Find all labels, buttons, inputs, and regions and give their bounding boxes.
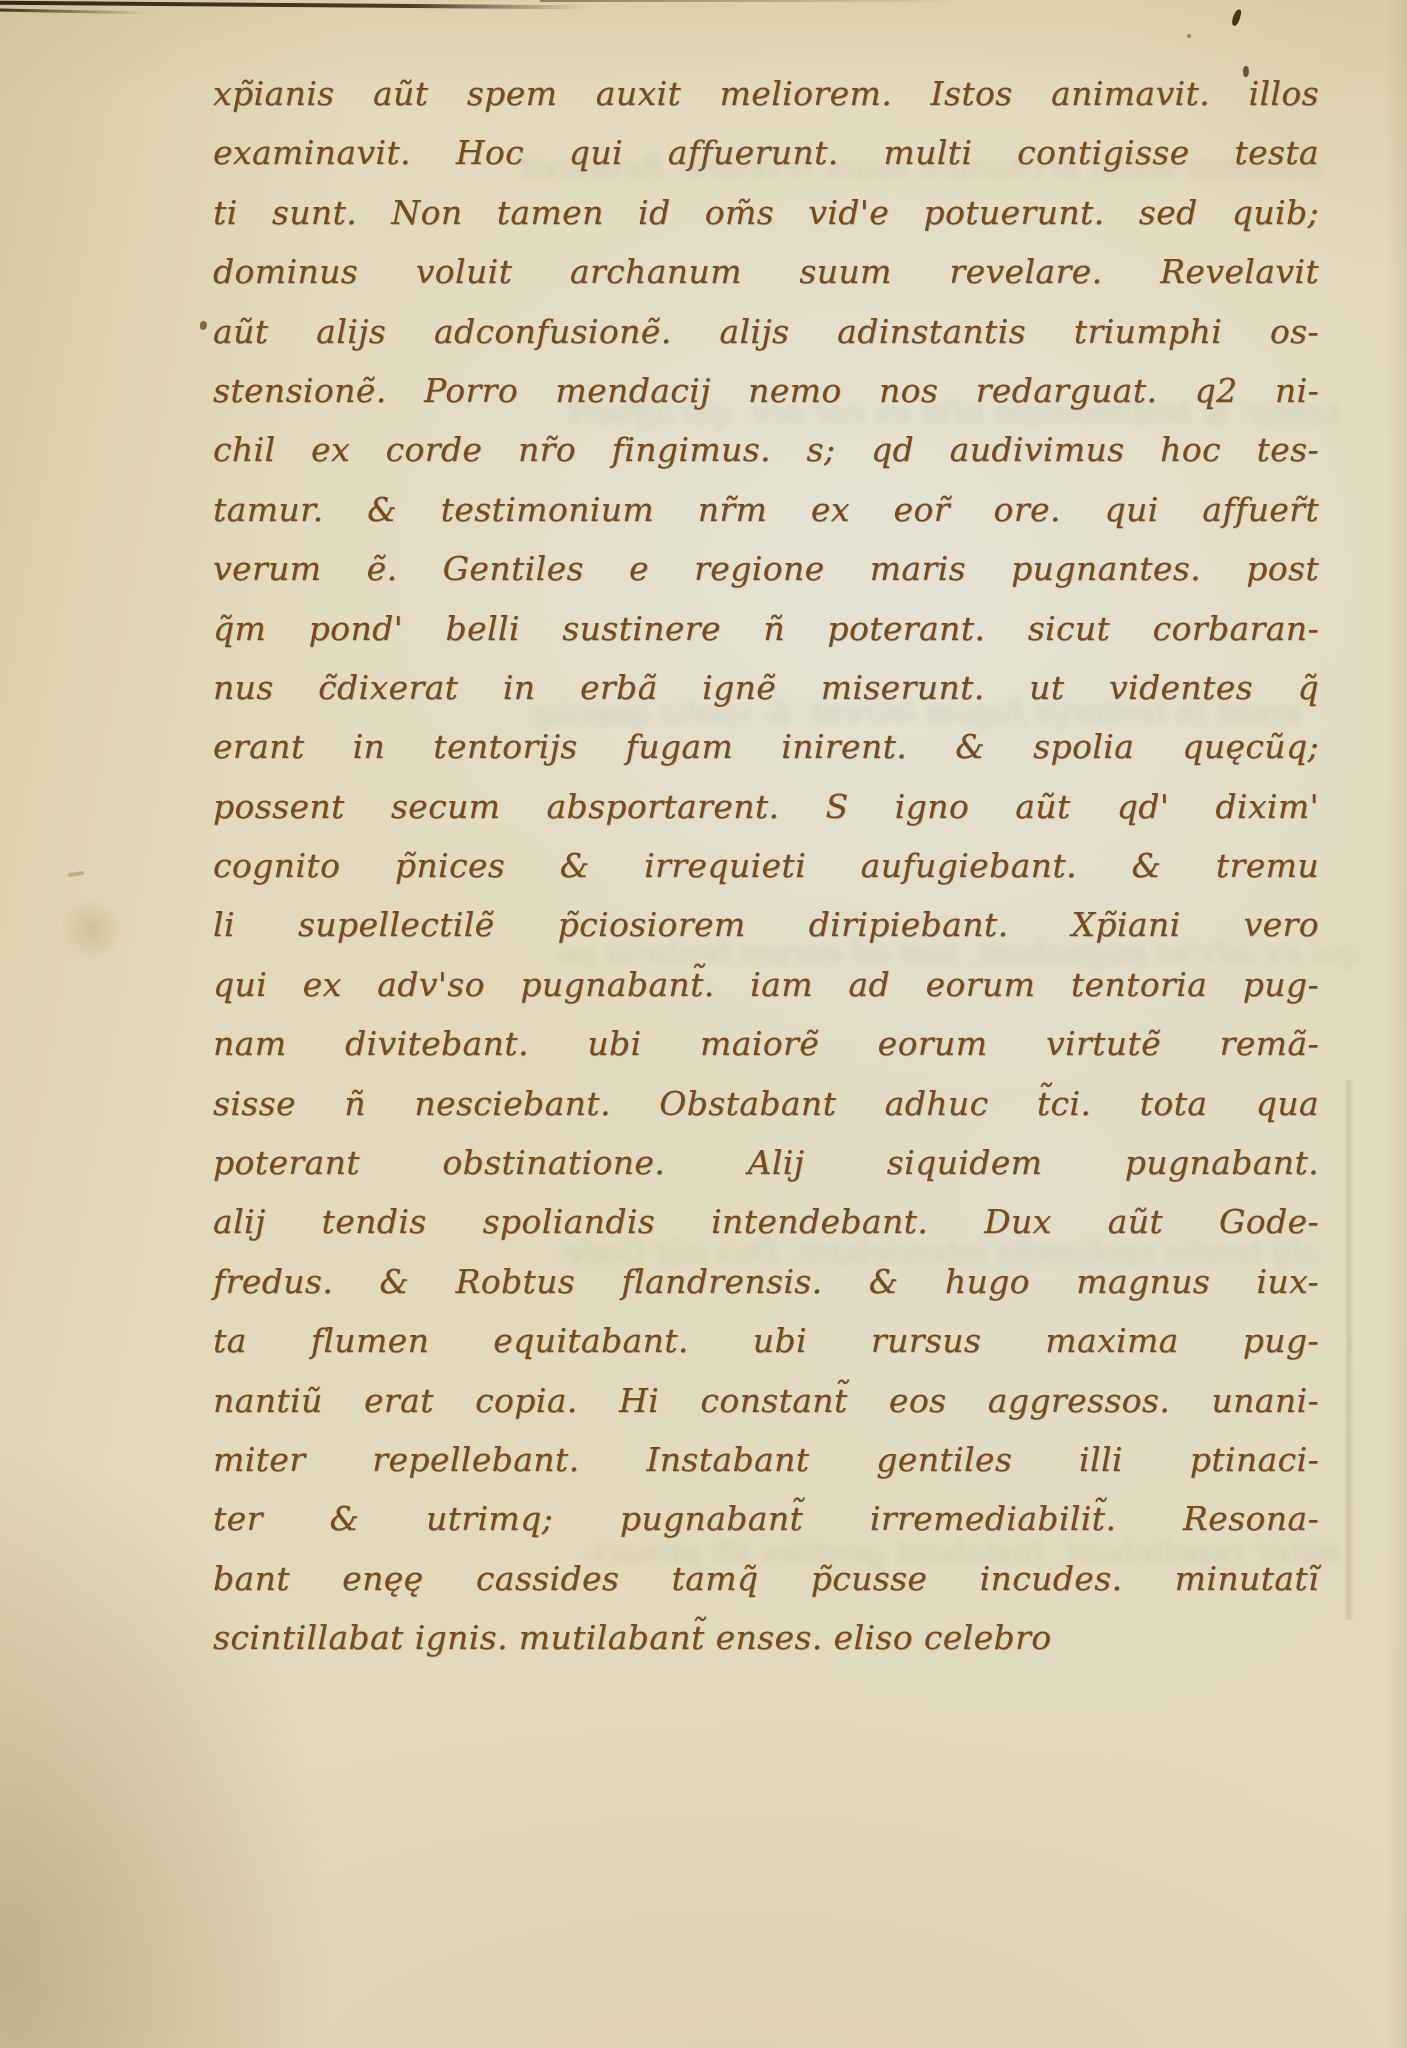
manuscript-line-6: stensionẽ. Porro mendacij nemo nos redar… (213, 361, 1319, 420)
manuscript-line-26: bant enęę cassides tamq̃ p̃cusse incudes… (213, 1549, 1319, 1608)
manuscript-line-21: fredus. & Robtus flandrensis. & hugo mag… (213, 1252, 1319, 1311)
page-edge-line (0, 1, 586, 10)
manuscript-line-25: ter & utrimq; pugnabant̃ irremediabilit̃… (213, 1489, 1319, 1548)
manuscript-line-18: sisse ñ nesciebant. Obstabant adhuc t̃ci… (213, 1074, 1319, 1133)
parchment-crease (1344, 1080, 1354, 1620)
manuscript-line-9: verum ẽ. Gentiles e regione maris pugnan… (213, 539, 1319, 598)
manuscript-line-5: aũt alijs adconfusionẽ. alijs adinstanti… (213, 302, 1319, 361)
manuscript-line-20: alij tendis spoliandis intendebant. Dux … (213, 1192, 1319, 1251)
manuscript-line-24: miter repellebant. Instabant gentiles il… (213, 1430, 1319, 1489)
manuscript-line-4: dominus voluit archanum suum revelare. R… (213, 242, 1319, 301)
manuscript-line-13: possent secum absportarent. S igno aũt q… (213, 777, 1319, 836)
manuscript-line-23: nantiũ erat copia. Hi constant̃ eos aggr… (213, 1371, 1319, 1430)
manuscript-line-22: ta flumen equitabant. ubi rursus maxima … (213, 1311, 1319, 1370)
manuscript-line-27: scintillabat ignis. mutilabant̃ enses. e… (213, 1608, 1319, 1667)
page-edge-line-right (540, 0, 960, 2)
manuscript-line-3: ti sunt. Non tamen id om̃s vid'e potueru… (213, 183, 1319, 242)
manuscript-line-15: li supellectilẽ p̃ciosiorem diripiebant.… (213, 895, 1319, 954)
margin-dot (200, 321, 207, 330)
ink-speck (1231, 8, 1242, 26)
manuscript-line-7: chil ex corde nr̃o fingimus. s; qd audiv… (213, 420, 1319, 479)
text-block: xp̃ianis aũt spem auxit meliorem. Istos … (213, 64, 1319, 1668)
manuscript-line-1: xp̃ianis aũt spem auxit meliorem. Istos … (213, 64, 1319, 123)
manuscript-line-12: erant in tentorijs fugam inirent. & spol… (213, 717, 1319, 776)
manuscript-line-17: nam divitebant. ubi maiorẽ eorum virtutẽ… (213, 1014, 1319, 1073)
manuscript-line-19: poterant obstinatione. Alij siquidem pug… (213, 1133, 1319, 1192)
ink-speck (1187, 34, 1191, 38)
manuscript-line-2: examinavit. Hoc qui affuerunt. multi con… (213, 123, 1319, 182)
manuscript-page: dominus voluit archanum suum revelare. R… (0, 0, 1407, 2048)
manuscript-line-16: qui ex adv'so pugnabant̃. iam ad eorum t… (213, 955, 1319, 1014)
manuscript-line-10: q̃m pond' belli sustinere ñ poterant. si… (213, 599, 1319, 658)
margin-stain (62, 895, 122, 965)
margin-dash (68, 871, 84, 877)
manuscript-line-14: cognito p̃nices & irrequieti aufugiebant… (213, 836, 1319, 895)
page-edge-line-inner (0, 8, 147, 14)
manuscript-line-8: tamur. & testimonium nr̃m ex eor̃ ore. q… (213, 480, 1319, 539)
page-right-edge-shading (1386, 0, 1407, 2048)
manuscript-line-11: nus c̃dixerat in erbã ignẽ miserunt. ut … (213, 658, 1319, 717)
